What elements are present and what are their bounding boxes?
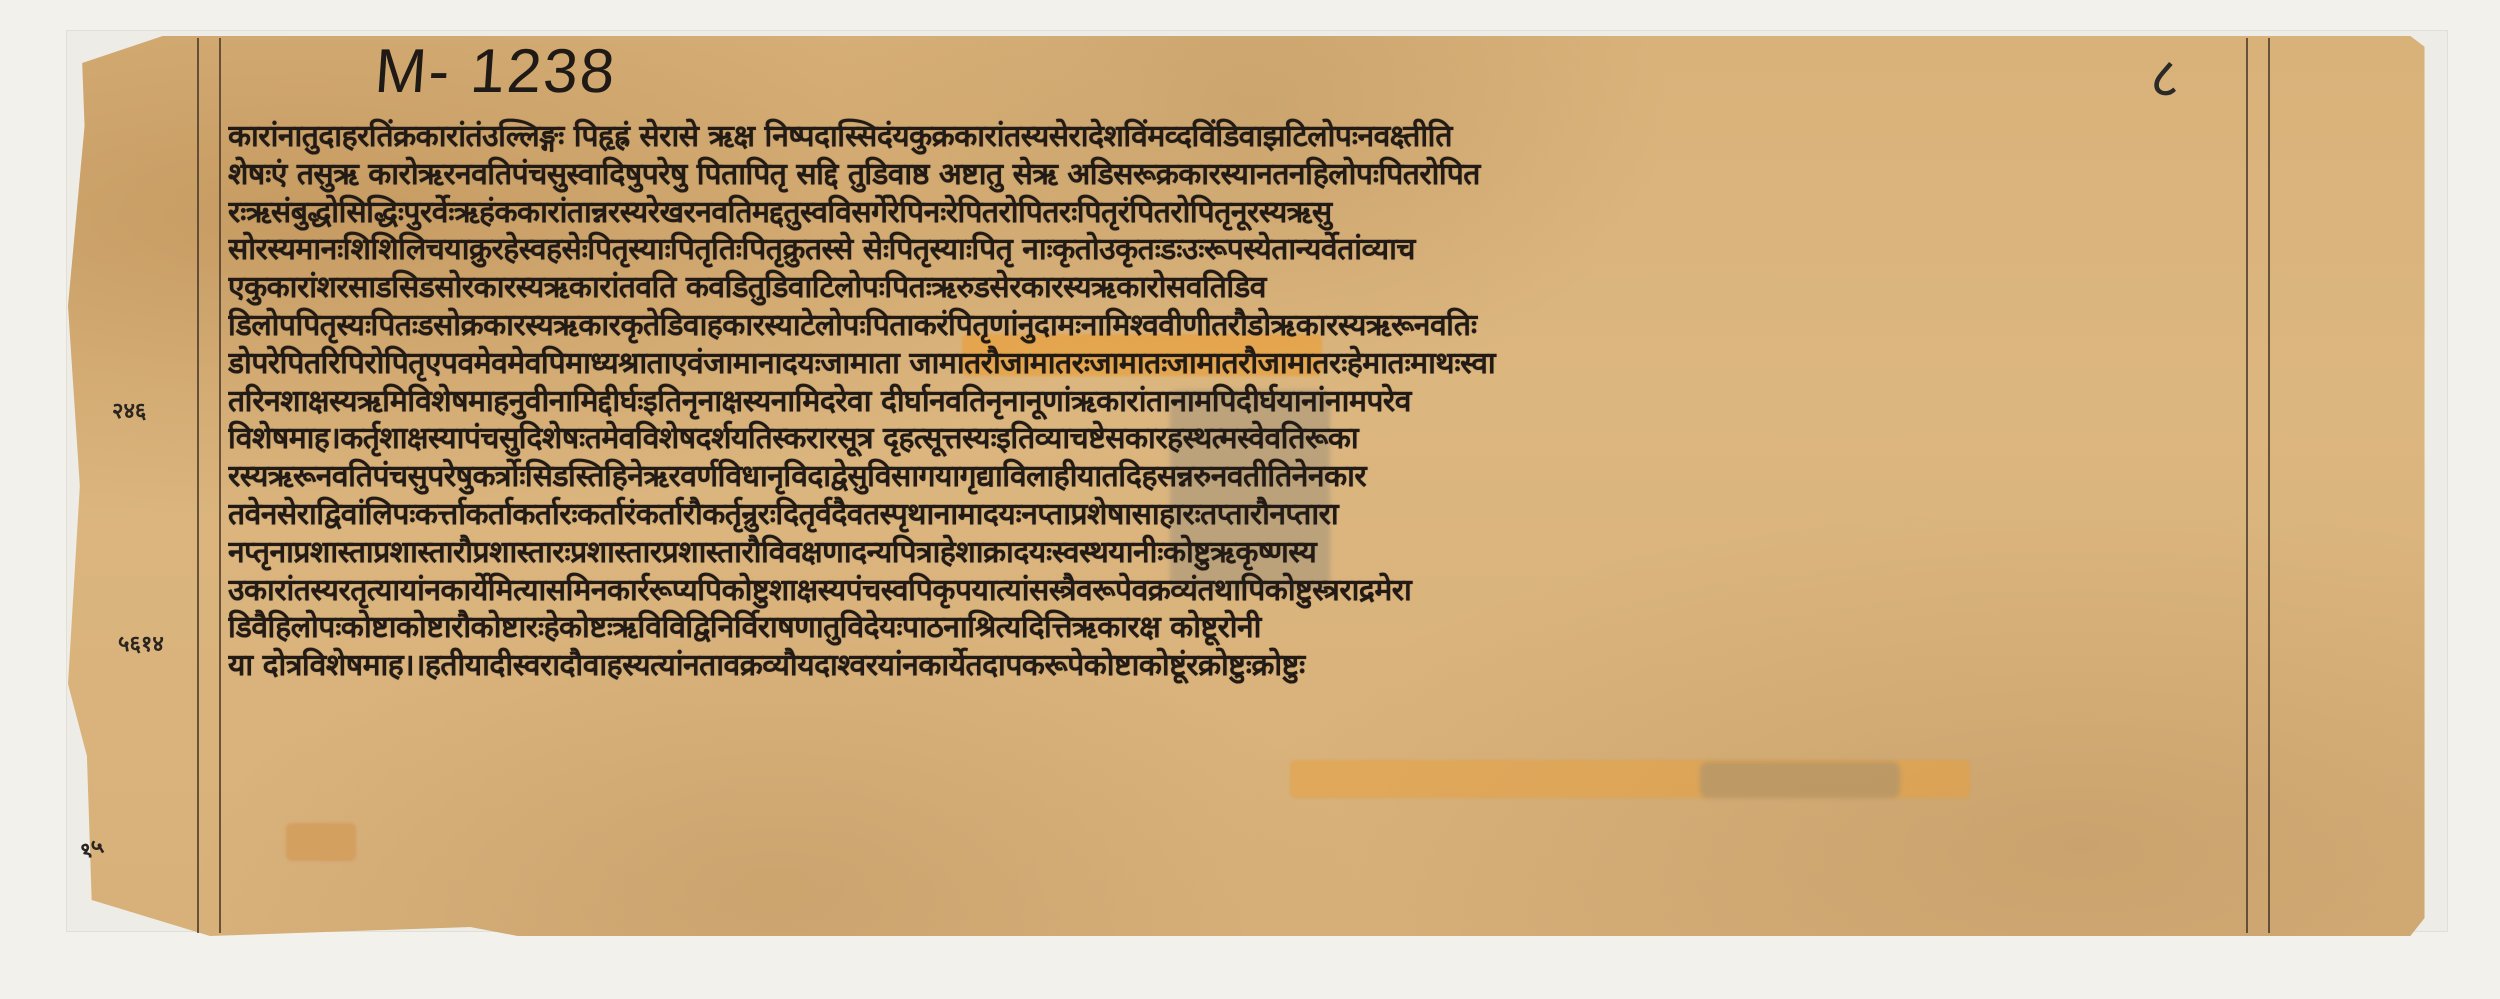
margin-note: ५६१४ (118, 628, 164, 658)
text-line: कारांनातुदाहरतिंक्रकारांतंउल्लिङ्गः पिहृ… (228, 118, 2163, 156)
right-outer-rule (2268, 38, 2270, 933)
margin-note: २४६ (112, 395, 146, 425)
text-line: विशेषमाह।कर्तृशाक्षस्यापंचसुदिशेषःतमेववि… (228, 420, 2163, 458)
text-line: शेषःएं तसुऋ कारोऋरनवतिपंचसुस्वादिषुपरेषु… (228, 156, 2163, 194)
text-line: तरिनशाक्षस्यऋमिविशेषमाहनुवीनामिद्दीर्घःइ… (228, 383, 2163, 421)
text-line: सोरस्यमानःशिशिलिचयाक्रुरहेस्वहसेःपितृस्य… (228, 231, 2163, 269)
left-outer-rule (197, 38, 199, 933)
left-inner-rule (219, 38, 221, 933)
text-line: एकुकारांशरसाडसिडसोरकारस्यऋकारांतवति कवडि… (228, 269, 2163, 307)
text-line: डिवैहिलोपःकोष्टाकोष्टारौकोष्टारःहेकोष्टः… (228, 609, 2163, 647)
folio-number: ८ (2150, 38, 2179, 114)
text-line: तवेनसेराद्विवांलिपःकर्त्ताकर्ताकर्तारःकर… (228, 496, 2163, 534)
text-line: रःऋसंबुद्धोसिद्धिःपुरर्वेःऋहंककारांतान्न… (228, 194, 2163, 232)
text-line: डोपरेपितरिपिरोपितृएपवमेवमेवपिमाध्यश्राता… (228, 345, 2163, 383)
text-line: रस्यऋरूनवतिपंचसुपरेषुकर्त्रोःसिडस्तिहिने… (228, 458, 2163, 496)
faded-text-area (1700, 762, 1900, 798)
text-line: उकारांतस्यरतृत्यायांनकार्येमित्यासमिनकार… (228, 572, 2163, 610)
text-line: नप्तृनाप्रशास्ताप्रशास्तारौप्रशास्तारःप्… (228, 534, 2163, 572)
right-inner-rule (2246, 38, 2248, 933)
text-line: या दोत्रविशेषमाह।।हतीयादीस्वरादौवाहस्यत्… (228, 647, 2163, 685)
correction-patch (286, 823, 356, 861)
text-line: डिलोपपितृस्यःपितःडसोक्रकारस्यऋकारकृतेडिव… (228, 307, 2163, 345)
manuscript-text: कारांनातुदाहरतिंक्रकारांतंउल्लिङ्गः पिहृ… (228, 118, 2163, 685)
shelfmark: M- 1238 (373, 36, 619, 107)
